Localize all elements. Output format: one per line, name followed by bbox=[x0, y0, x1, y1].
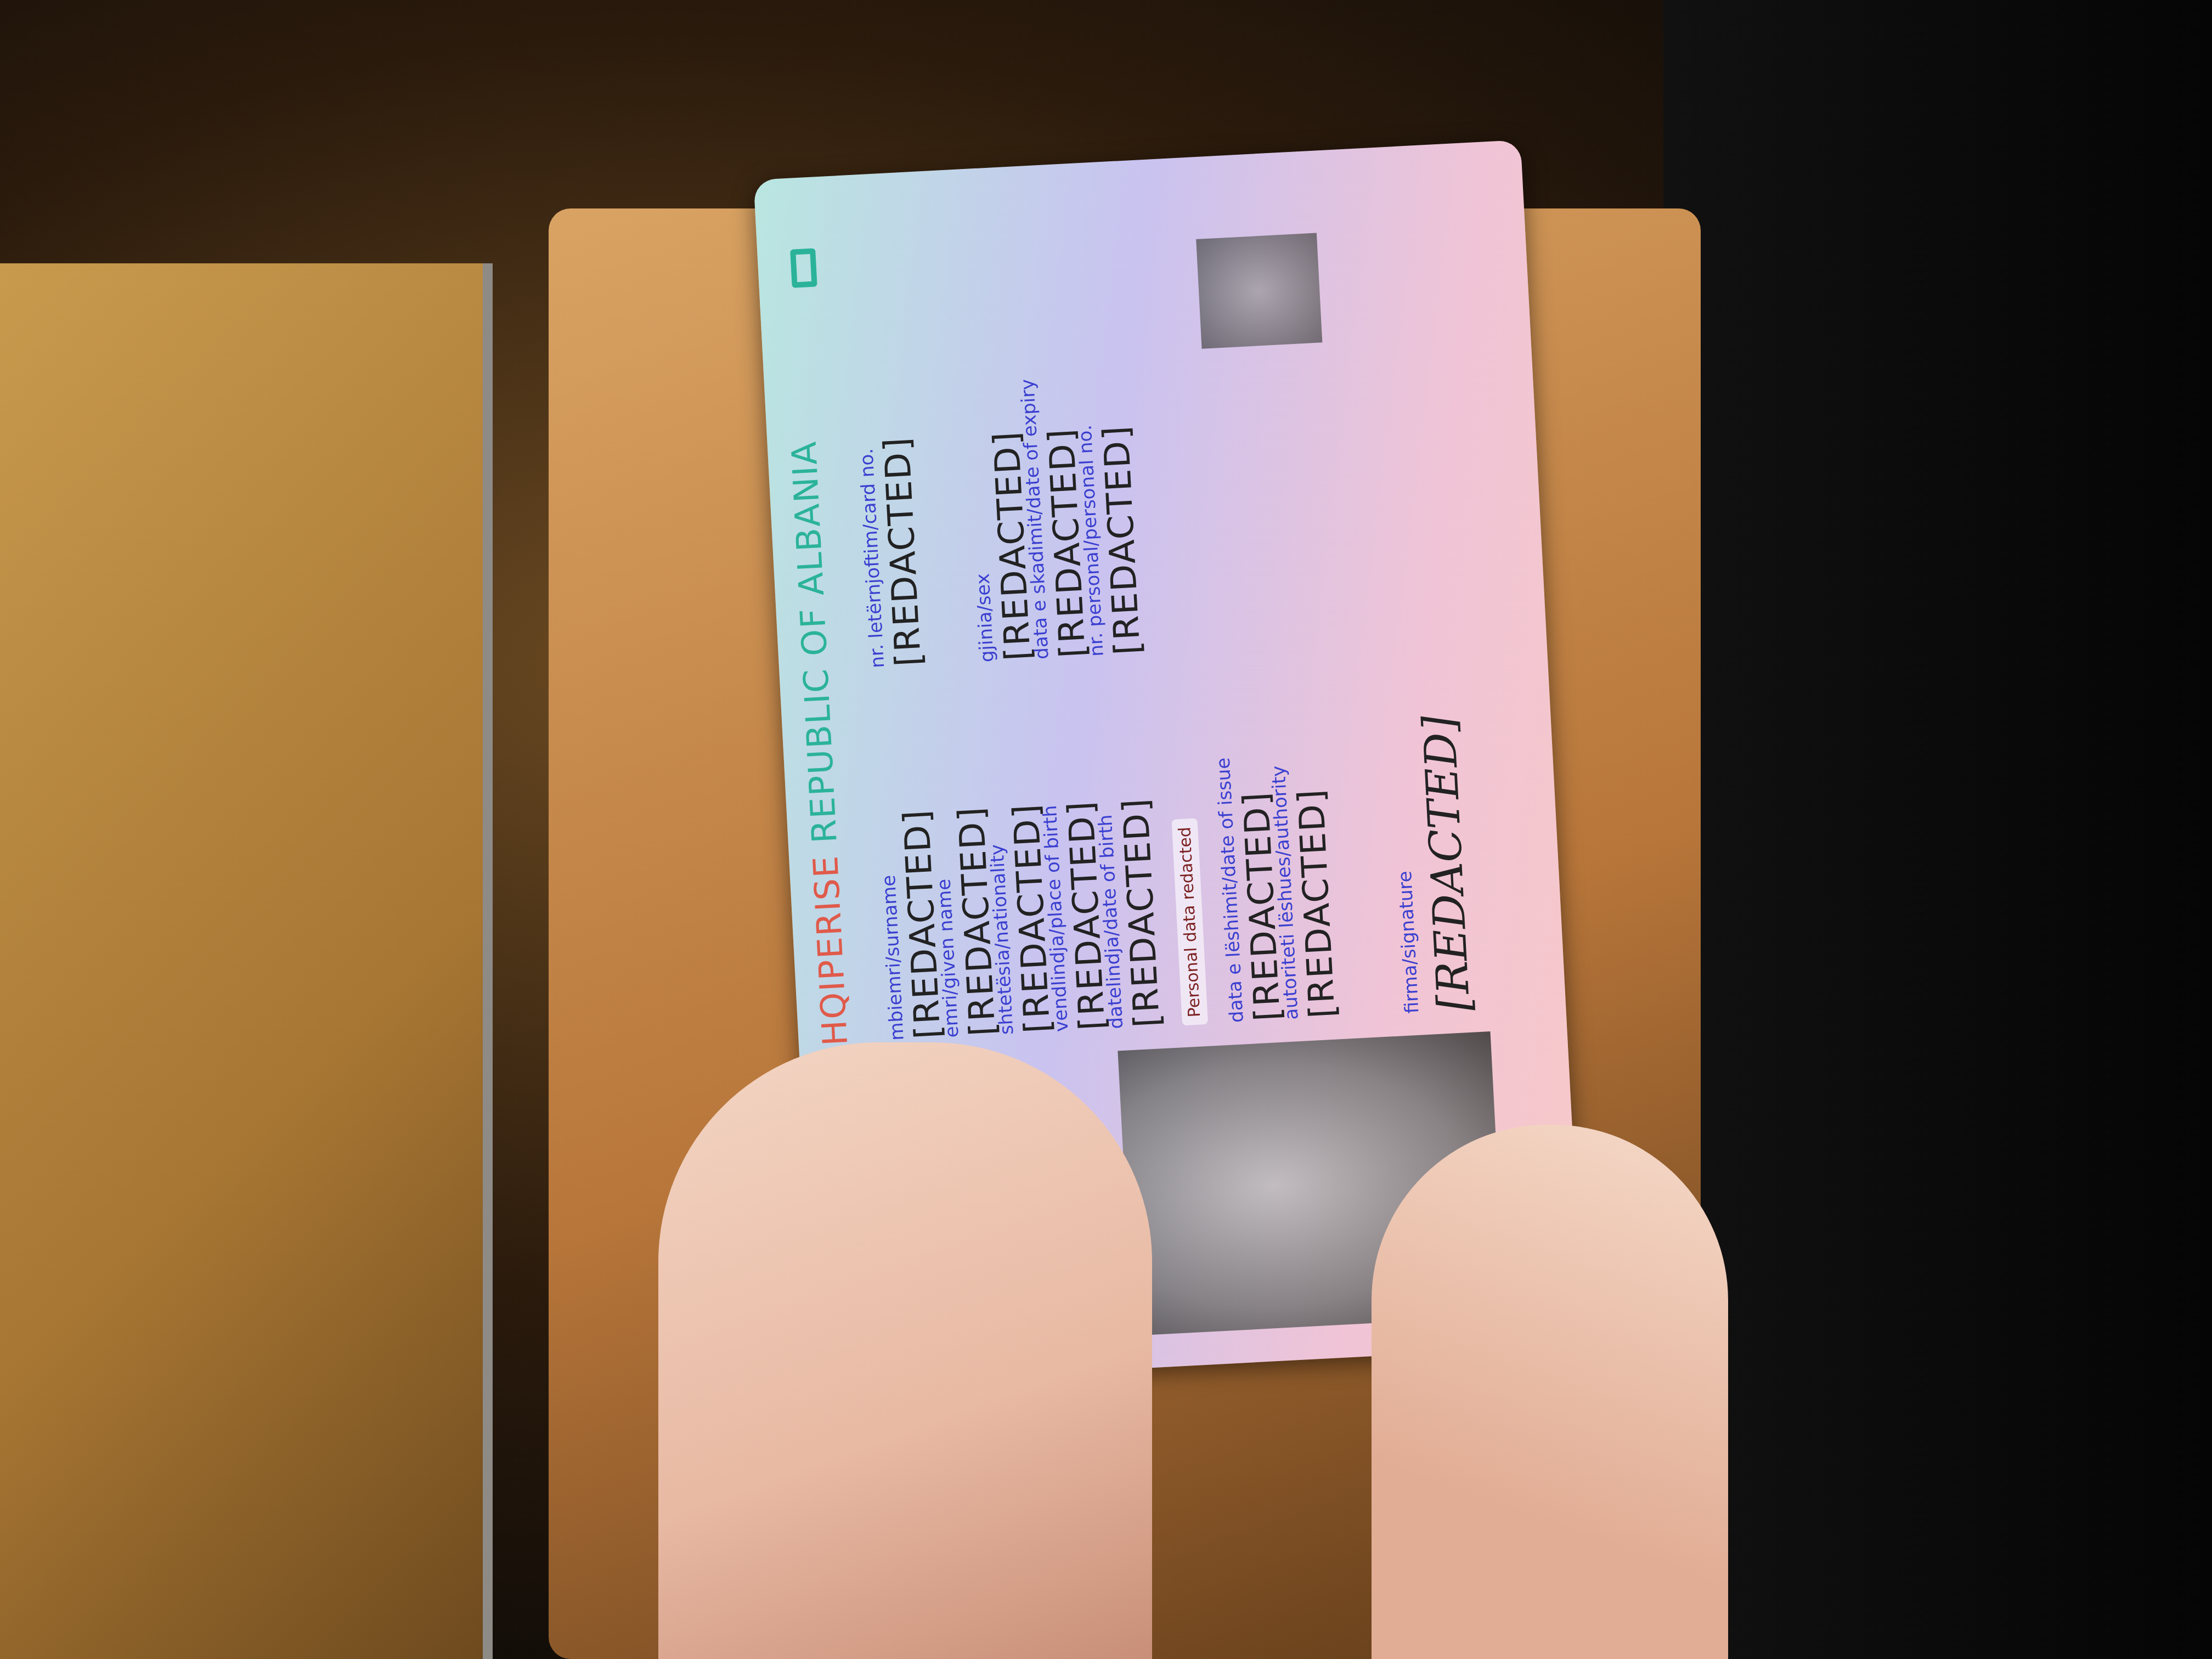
holding-thumb-right bbox=[1372, 1125, 1728, 1659]
field-personal-number: nr. personal/personal no. [REDACTED] bbox=[1074, 422, 1149, 657]
ghost-photo-placeholder bbox=[1196, 233, 1322, 349]
issuer-english: REPUBLIC OF ALBANIA bbox=[783, 439, 844, 844]
contactless-chip-icon bbox=[790, 248, 817, 287]
signature-label: firma/signature bbox=[1394, 870, 1424, 1014]
holding-finger-left bbox=[658, 1042, 1152, 1659]
field-authority: autoriteti lëshues/authority [REDACTED] bbox=[1268, 763, 1344, 1020]
patterned-wallet-flap bbox=[0, 263, 493, 1659]
signature: [REDACTED] bbox=[1413, 714, 1480, 1013]
dark-fabric-background bbox=[1663, 0, 2212, 1659]
field-card-number: nr. letërnjoftim/card no. [REDACTED] bbox=[855, 436, 929, 669]
redaction-notice: Personal data redacted bbox=[1171, 819, 1208, 1025]
field-birthdate: datelindja/date of birth [REDACTED] bbox=[1093, 797, 1168, 1030]
